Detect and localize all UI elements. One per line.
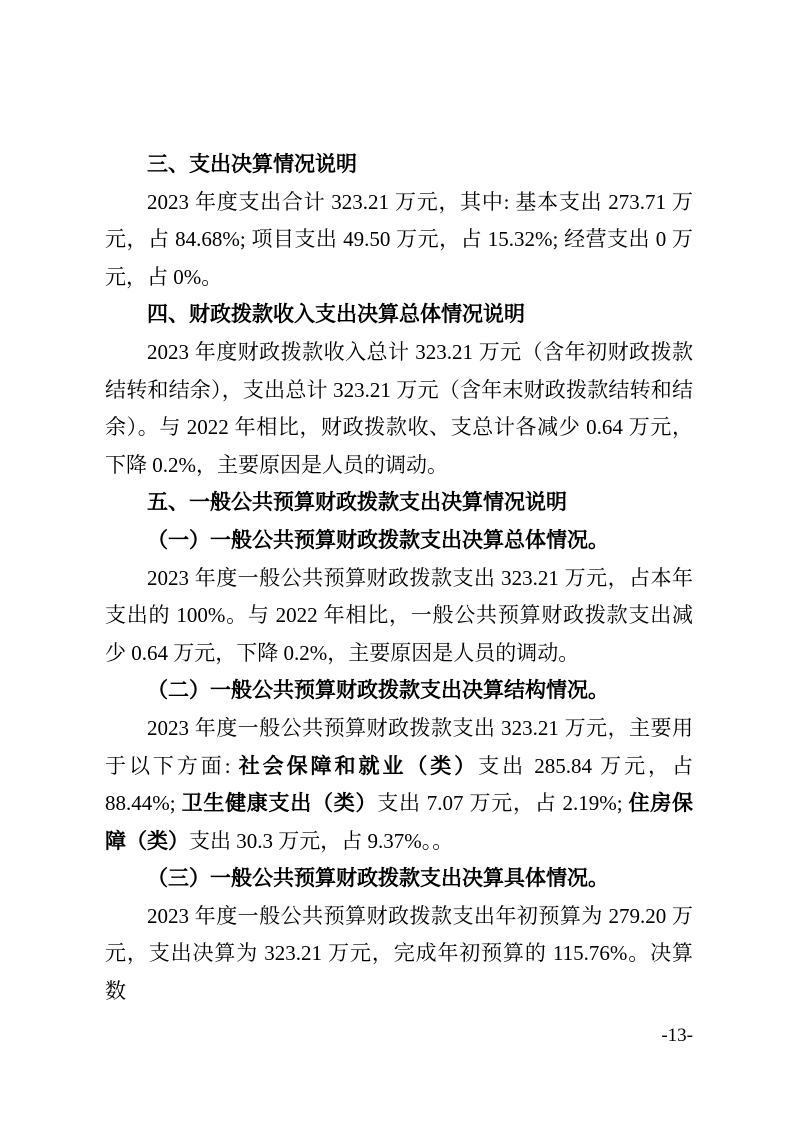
text-run: 2023 年度财政拨款收入总计 323.21 万元（含年初财政拨款结转和结余），… [105, 340, 693, 477]
document-page: 三、支出决算情况说明2023 年度支出合计 323.21 万元，其中: 基本支出… [0, 0, 793, 1122]
text-run: 支出 30.3 万元，占 9.37%。。 [189, 829, 453, 853]
section-heading: 五、一般公共预算财政拨款支出决算情况说明 [105, 484, 693, 522]
text-run: 四、财政拨款收入支出决算总体情况说明 [147, 303, 525, 326]
text-run: 2023 年度支出合计 323.21 万元，其中: 基本支出 273.71 万元… [105, 190, 693, 289]
body-paragraph: 2023 年度一般公共预算财政拨款支出 323.21 万元，主要用于以下方面: … [105, 710, 693, 860]
text-run: （二）一般公共预算财政拨款支出决算结构情况。 [147, 678, 609, 702]
body-paragraph: 2023 年度支出合计 323.21 万元，其中: 基本支出 273.71 万元… [105, 184, 693, 297]
body-paragraph: 2023 年度财政拨款收入总计 323.21 万元（含年初财政拨款结转和结余），… [105, 334, 693, 484]
page-footer: -13- [105, 1024, 693, 1048]
body-paragraph: 2023 年度一般公共预算财政拨款支出 323.21 万元，占本年支出的 100… [105, 560, 693, 673]
text-run: （一）一般公共预算财政拨款支出决算总体情况。 [147, 528, 609, 552]
section-heading: 三、支出决算情况说明 [105, 146, 693, 184]
text-run: 五、一般公共预算财政拨款支出决算情况说明 [147, 491, 567, 514]
bold-term: 社会保障和就业（类） [239, 754, 478, 778]
sub-section-heading: （三）一般公共预算财政拨款支出决算具体情况。 [105, 860, 693, 898]
page-number: -13- [661, 1025, 693, 1046]
text-run: 2023 年度一般公共预算财政拨款支出年初预算为 279.20 万元，支出决算为… [105, 904, 693, 1003]
document-body: 三、支出决算情况说明2023 年度支出合计 323.21 万元，其中: 基本支出… [105, 146, 693, 1011]
bold-term: 卫生健康支出（类） [182, 791, 378, 815]
sub-section-heading: （二）一般公共预算财政拨款支出决算结构情况。 [105, 672, 693, 710]
text-run: 2023 年度一般公共预算财政拨款支出 323.21 万元，占本年支出的 100… [105, 566, 693, 665]
text-run: （三）一般公共预算财政拨款支出决算具体情况。 [147, 866, 609, 890]
text-run: 三、支出决算情况说明 [147, 153, 357, 176]
text-run: 支出 7.07 万元，占 2.19%; [377, 791, 628, 815]
sub-section-heading: （一）一般公共预算财政拨款支出决算总体情况。 [105, 522, 693, 560]
body-paragraph: 2023 年度一般公共预算财政拨款支出年初预算为 279.20 万元，支出决算为… [105, 898, 693, 1011]
section-heading: 四、财政拨款收入支出决算总体情况说明 [105, 296, 693, 334]
